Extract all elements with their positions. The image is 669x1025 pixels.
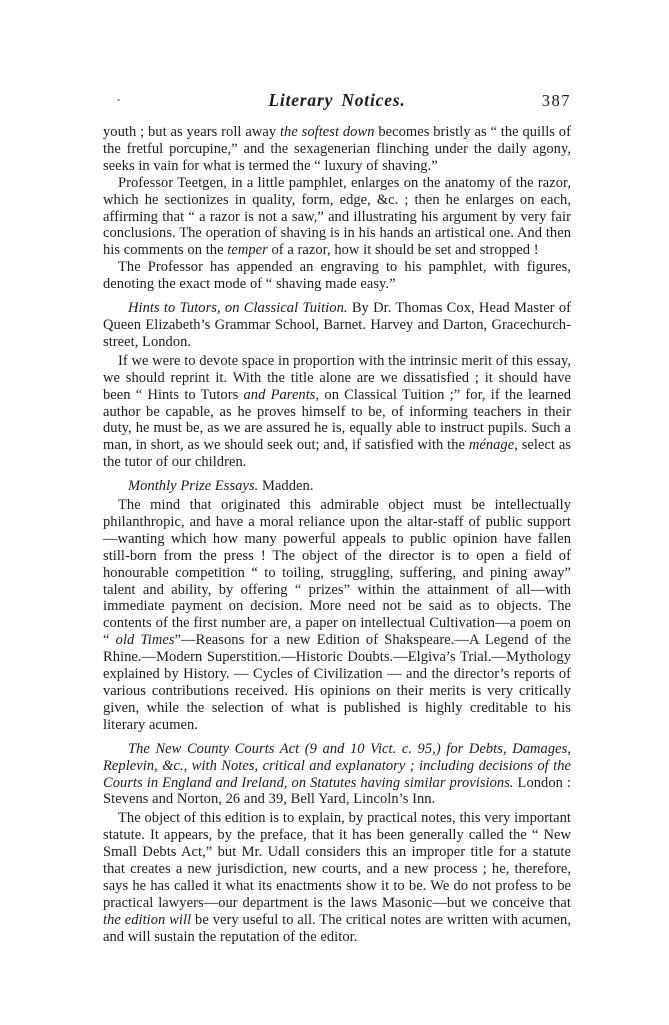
text-segment: The New County Courts Act (9 and 10 Vict…	[103, 741, 571, 791]
notice-heading: Hints to Tutors, on Classical Tuition. B…	[103, 300, 571, 351]
text-segment: ménage	[469, 437, 514, 453]
paragraph: The mind that originated this admirable …	[103, 497, 571, 734]
text-segment: and Parents	[243, 387, 315, 403]
document-page: Literary Notices. 387 youth ; but as yea…	[0, 0, 669, 1025]
text-segment: The object of this edition is to explain…	[103, 810, 571, 911]
notice-heading: The New County Courts Act (9 and 10 Vict…	[103, 741, 571, 809]
notice-heading: Monthly Prize Essays. Madden.	[103, 478, 571, 495]
text-segment: Hints to Tutors, on Classical Tuition.	[128, 300, 348, 316]
article-body: youth ; but as years roll away the softe…	[103, 124, 571, 946]
text-segment: Madden.	[258, 478, 313, 494]
text-segment: the softest down	[280, 124, 375, 140]
page-number: 387	[542, 91, 571, 111]
text-segment: of a razor, how it should be set and str…	[268, 242, 539, 258]
text-segment: temper	[227, 242, 268, 258]
text-segment: The Professor has appended an engraving …	[103, 259, 571, 292]
paragraph: The object of this edition is to explain…	[103, 810, 571, 945]
text-segment: Monthly Prize Essays.	[128, 478, 258, 494]
paragraph: Professor Teetgen, in a little pamphlet,…	[103, 175, 571, 260]
paragraph: If we were to devote space in proportion…	[103, 353, 571, 471]
running-title: Literary Notices.	[103, 90, 571, 111]
paragraph: youth ; but as years roll away the softe…	[103, 124, 571, 175]
text-segment: the edition will	[103, 912, 191, 928]
text-segment: youth ; but as years roll away	[103, 124, 280, 140]
text-segment: old Times	[116, 632, 175, 648]
text-segment: The mind that originated this admirable …	[103, 497, 571, 648]
page-header: Literary Notices. 387	[103, 90, 571, 114]
paragraph: The Professor has appended an engraving …	[103, 259, 571, 293]
